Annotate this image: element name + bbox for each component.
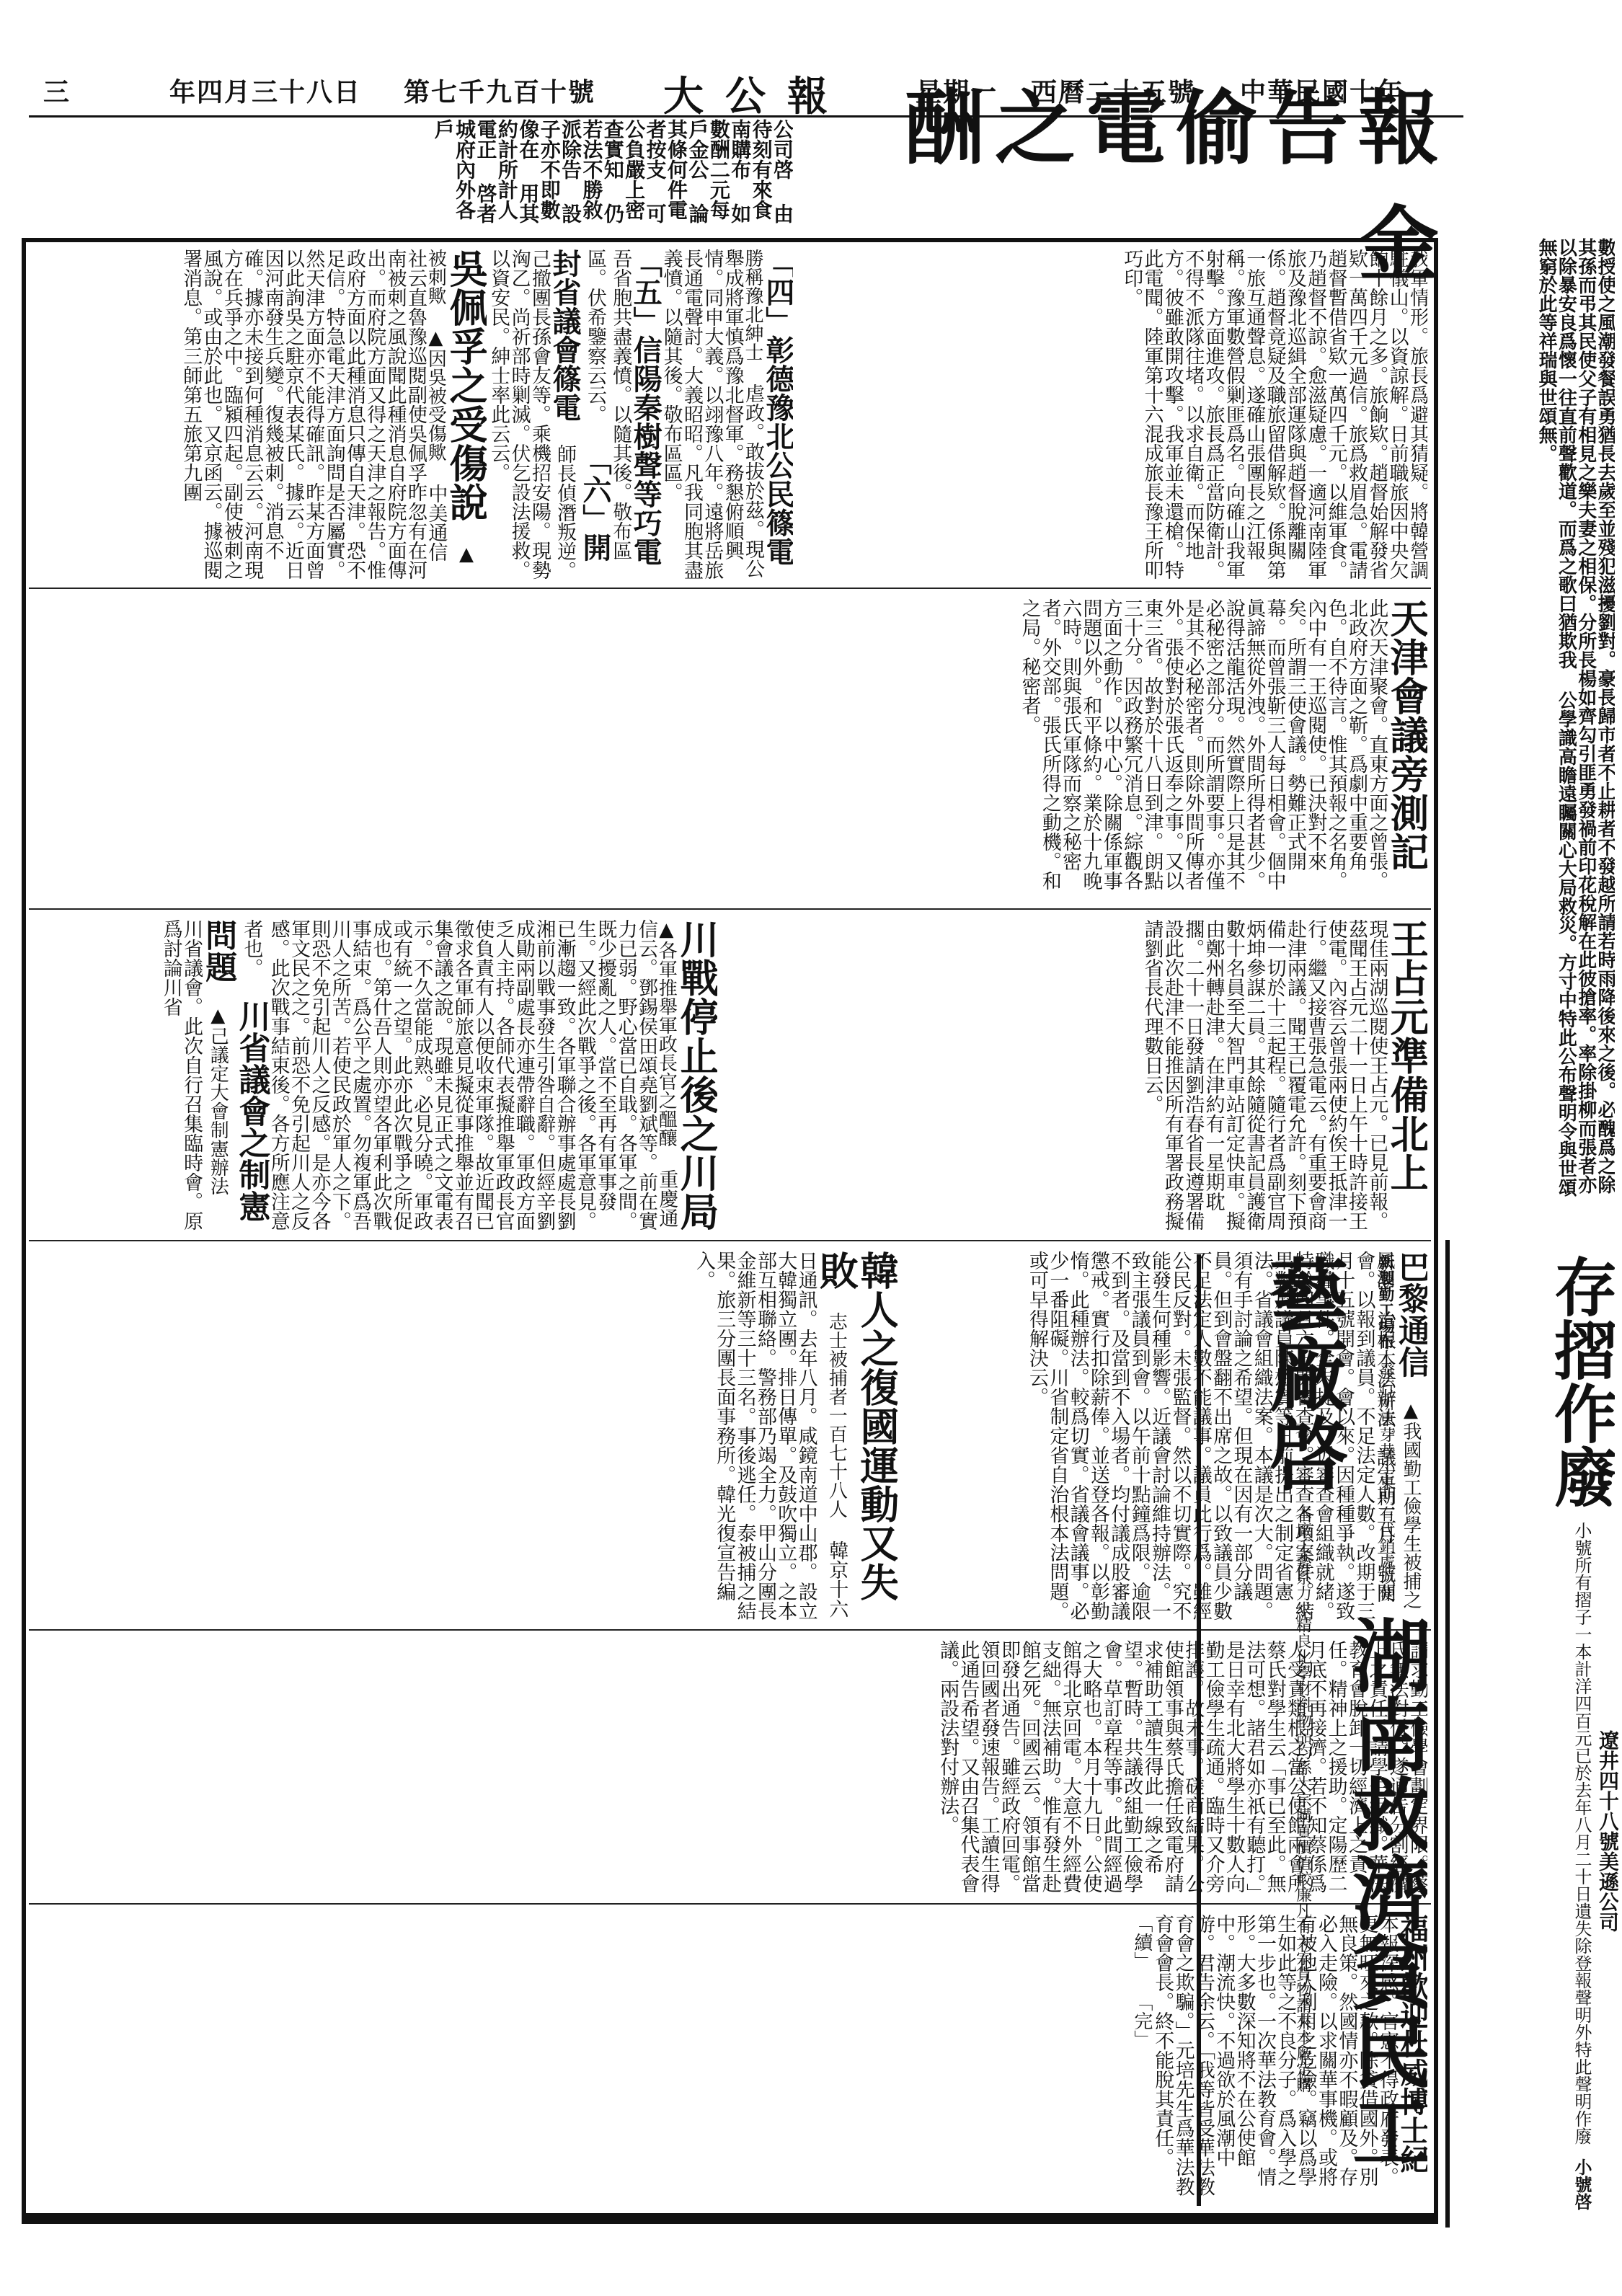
article-korean-restoration: 韓人之復國運動又失敗 志士被捕者一百七十八人 韓京十六日通訊。去年八月。咸鏡南道… (32, 1251, 898, 1622)
article-luoyang-telegram: 我軍情形。旅長爲避其猜疑。將韓營調駐儀山。以資諒解。日前職旅因中央欠餉十餘月之多… (793, 249, 1427, 580)
subhead: ▲己議定大會制憲辦法 (207, 1005, 229, 1195)
row-divider (29, 908, 1431, 910)
frame-bottom-rule (22, 2213, 1438, 2223)
article-sichuan-war: 川戰停止後之川局 ▲各軍推舉軍政長官之醞釀 重慶通信云。鄧錫侯田頌堯劉斌等。前在… (32, 919, 717, 1233)
row-divider (29, 588, 1431, 589)
reward-banner: 報告偷電之酬金 (815, 133, 1449, 227)
headline-wang-zhanyuan: 王占元準備北上 (1384, 919, 1427, 1192)
headline-xinyang: 「五」信陽秦樹聲等巧電 (629, 249, 662, 566)
article-body: 中美通信社云直魯豫巡閱副使吳佩孚昨忽有在河南被刺之風說聞此種消息自府院方面傳出。… (180, 249, 447, 580)
article-body: 我軍情形。旅長爲避其猜疑。將韓營調駐儀山。以資諒解。日前職旅因中央欠餉十餘月之多… (1120, 249, 1427, 580)
side-notice-text: 數授使之風潮發餐誤勇猶長去歲至並殘犯滋擾劉對。豪長歸市者不止耕者不發越所請若時雨… (1535, 238, 1615, 1197)
article-body: 重慶通信云。鄧錫侯田頌堯劉斌等。前在實力已弱。野心當已自戢。各軍之間。既少擾亂之… (240, 919, 678, 1231)
ad-note: 新製勤工場布 (1376, 1254, 1395, 1349)
headline-zhangde: 「四」彰德豫北公民篠電 (761, 249, 793, 566)
notice-signature: 公司啓 (771, 119, 793, 179)
byline: 志士被捕者一百七十八人 (825, 1312, 847, 1518)
edge-ad: 遼井四十八號美遜公司 (1590, 1730, 1618, 2220)
article-body: 韓京十六日通訊。去年八月。咸鏡南道中山郡。設立大韓獨立團。排日傳單。及鼓吹獨立。… (693, 1251, 848, 1621)
subhead: ▲各軍推舉軍政長官之醞釀 (655, 919, 677, 1147)
ad-hunan-relief: 新製勤工場布 發行所東芽巷小東門有代銷處以便 湖南救濟貧民工藝廠啓 本廠工藝系力… (1197, 1254, 1427, 2206)
article-telegrams: 「四」彰德豫北公民篠電 勝稱豫北紳士 虐政。敢拔於茲。現公舉成將軍慎爲豫北督軍。… (490, 249, 793, 580)
ad-title-passbook: 存摺作廢 (1544, 1254, 1615, 1508)
article-body: 川省議會。此次自行召集臨時會。原爲討論川省 (160, 919, 203, 1231)
headline-sichuan-war: 川戰停止後之川局 (674, 919, 717, 1231)
ad-address: 發行所東芽巷小東門有代銷處以便 (1377, 1363, 1395, 1601)
headline-wu-peifu: 吳佩孚之受傷說 (443, 249, 487, 521)
ad-title-hunan: 湖南救濟貧民工藝廠啓 (1257, 1254, 1428, 2170)
subhead: ▲因吳被受傷歟 (425, 327, 446, 461)
row-divider (29, 1240, 1431, 1241)
reward-notice-text: 公司啓 由待刻有來食南購布 如數酬二元每戶金公 論其條何件電者按支 可公負嚴上密… (29, 119, 793, 227)
edge-ad-text: 遼井四十八號美遜公司 (1596, 1730, 1618, 1932)
continued-mark: 「續」 (1131, 1914, 1153, 1970)
ad-divider (1445, 1240, 1450, 2228)
headline-tianjin: 天津會議旁測記 (1384, 598, 1427, 871)
side-notice: 數授使之風潮發餐誤勇猶長去歲至並殘犯滋擾劉對。豪長歸市者不止耕者不發越所請若時雨… (1449, 238, 1615, 1211)
lunar-date: 年四月三十八日 (169, 72, 361, 109)
article-tianjin-conference: 天津會議旁測記 此次天津聚會。直東方面之曾張。北政府方面之靳。爲劇中重要角色。自… (32, 598, 1427, 901)
article-wu-peifu: 吳佩孚之受傷說 ▲被刺歟 ▲因吳被受傷歟 中美通信社云直魯豫巡閱副使吳佩孚昨忽有… (32, 249, 487, 580)
article-wang-zhanyuan: 王占元準備北上 現佳兩湖巡閱使王占元。已見前報。茲聞王占元二十一日上午十時許接王… (721, 919, 1427, 1233)
byline: 勝稱豫北紳士 (742, 249, 763, 361)
end-mark: 「完」 (1131, 1993, 1153, 2049)
issue-number: 第七千九百十號 (404, 72, 595, 109)
ad-text: 小號所有摺子一本計洋四百元已於去年八月二十日遺失除登報聲明外特此聲明作廢 (1572, 1522, 1592, 2145)
article-body: 此次天津聚會。直東方面之曾張。北政府方面之靳。爲劇中重要角色。自不待言。惟其預報… (1018, 598, 1388, 890)
ad-text: 本廠工藝系力求精良化學材料物品均係大宗購買價值較廉凡有大宗貨物請來本廠定購 (1294, 1506, 1312, 2093)
page-number: 三 (43, 72, 71, 109)
article-body: 現佳兩湖巡閱使王占元。已見前報。茲聞王占元二十一日上午十時許接王使電。內容云曾張… (1141, 919, 1388, 1231)
